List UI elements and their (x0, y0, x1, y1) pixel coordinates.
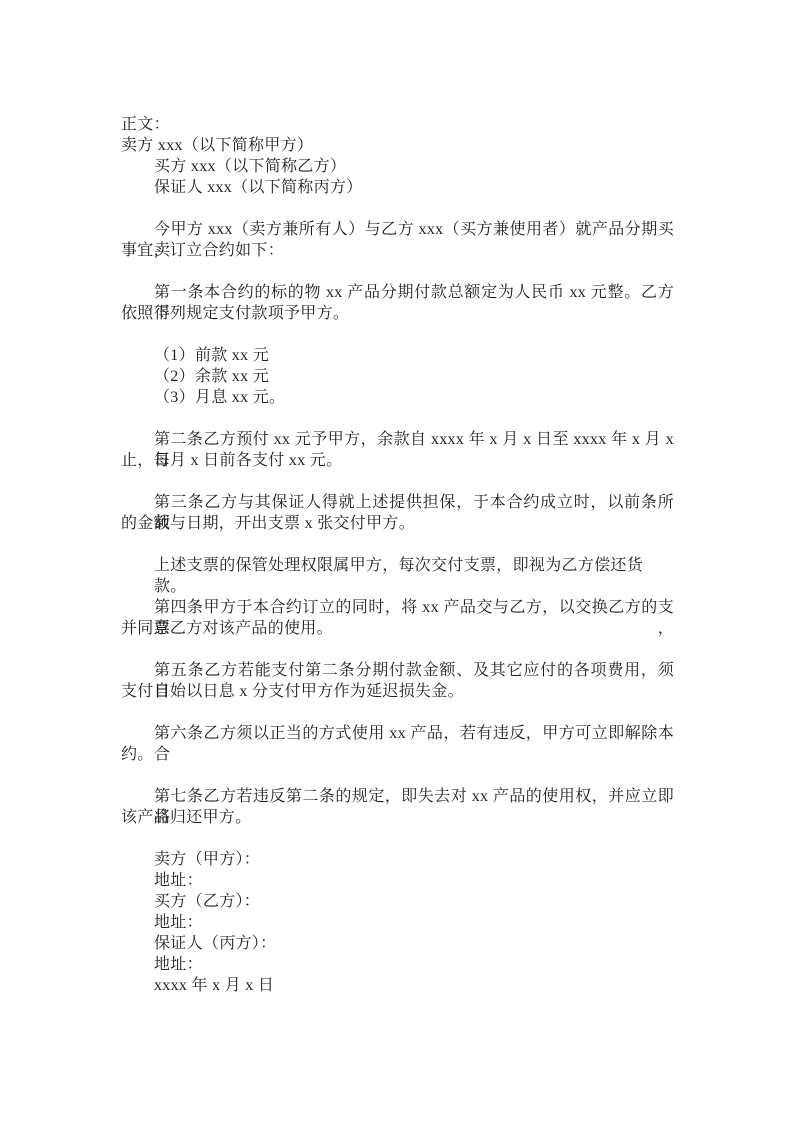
text-line: 第三条乙方与其保证人得就上述提供担保，于本合约成立时，以前条所载 (121, 492, 674, 513)
document-page: 正文： 卖方 xxx（以下简称甲方） 买方 xxx（以下简称乙方） 保证人 xx… (0, 0, 800, 1132)
signature-guarantor: 保证人（丙方）： (121, 933, 674, 954)
blank-line (121, 534, 674, 555)
blank-line (121, 639, 674, 660)
text-line: 正文： (121, 114, 674, 135)
blank-line (121, 408, 674, 429)
blank-line (121, 198, 674, 219)
text-line: 第七条乙方若违反第二条的规定，即失去对 xx 产品的使用权，并应立即将 (121, 786, 674, 807)
text-line: 第六条乙方须以正当的方式使用 xx 产品，若有违反，甲方可立即解除本合 (121, 723, 674, 744)
text-line: 第一条本合约的标的物 xx 产品分期付款总额定为人民币 xx 元整。乙方得 (121, 282, 674, 303)
signature-address: 地址： (121, 954, 674, 975)
list-item: （2）余款 xx 元 (121, 366, 674, 387)
blank-line (121, 261, 674, 282)
signature-buyer: 买方（乙方）： (121, 891, 674, 912)
blank-line (121, 765, 674, 786)
text-line: 上述支票的保管处理权限属甲方，每次交付支票，即视为乙方偿还货款。 (121, 555, 674, 576)
text-line: 卖方 xxx（以下简称甲方） (121, 135, 674, 156)
list-item: （3）月息 xx 元。 (121, 387, 674, 408)
text-line: 今甲方 xxx（卖方兼所有人）与乙方 xxx（买方兼使用者）就产品分期买卖 (121, 219, 674, 240)
signature-address: 地址： (121, 912, 674, 933)
text-line: 第五条乙方若能支付第二条分期付款金额、及其它应付的各项费用，须自 (121, 660, 674, 681)
blank-line (121, 471, 674, 492)
signature-date: xxxx 年 x 月 x 日 (121, 975, 674, 996)
text-line: 的金额与日期，开出支票 x 张交付甲方。 (121, 513, 674, 534)
document-body: 正文： 卖方 xxx（以下简称甲方） 买方 xxx（以下简称乙方） 保证人 xx… (121, 114, 674, 996)
text-line: 买方 xxx（以下简称乙方） (121, 156, 674, 177)
blank-line (121, 576, 674, 597)
signature-address: 地址： (121, 870, 674, 891)
blank-line (121, 324, 674, 345)
blank-line (121, 702, 674, 723)
text-line: 支付日始以日息 x 分支付甲方作为延迟损失金。 (121, 681, 674, 702)
text-line: 保证人 xxx（以下简称丙方） (121, 177, 674, 198)
blank-line (121, 828, 674, 849)
list-item: （1）前款 xx 元 (121, 345, 674, 366)
text-line: 约。 (121, 744, 674, 765)
text-line: 事宜，订立合约如下： (121, 240, 674, 261)
text-line: 第二条乙方预付 xx 元予甲方，余款自 xxxx 年 x 月 x 日至 xxxx… (121, 429, 674, 450)
text-line: 该产品归还甲方。 (121, 807, 674, 828)
text-line: 第四条甲方于本合约订立的同时，将 xx 产品交与乙方，以交换乙方的支票， (121, 597, 674, 618)
signature-seller: 卖方（甲方）： (121, 849, 674, 870)
text-line: 依照下列规定支付款项予甲方。 (121, 303, 674, 324)
text-line: 止，每月 x 日前各支付 xx 元。 (121, 450, 674, 471)
